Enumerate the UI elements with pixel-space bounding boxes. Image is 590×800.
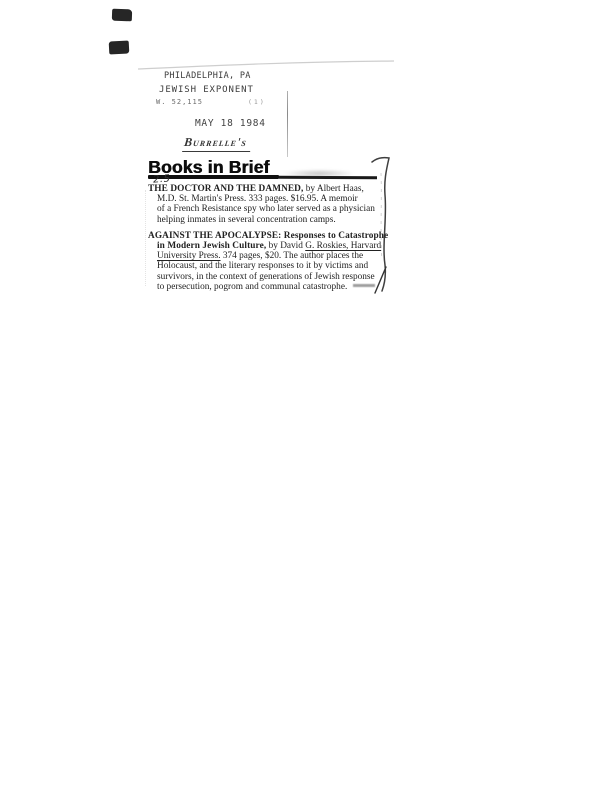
review-line: University Press. 374 pages, $20. The au… — [148, 251, 390, 261]
ink-smudge — [283, 169, 355, 178]
review-line: helping inmates in several concentration… — [148, 215, 390, 225]
book-title: THE DOCTOR AND THE DAMNED, — [148, 184, 303, 194]
review-against-the-apocalypse: AGAINST THE APOCALYPSE: Responses to Cat… — [148, 231, 390, 292]
registration-line — [287, 91, 288, 157]
underlined-author-publisher: G. Roskies, Harvard — [305, 241, 381, 251]
date-stamp: MAY 18 1984 — [195, 118, 266, 129]
masthead-issue-mark: (1) — [248, 98, 266, 106]
review-text: 374 pages, $20. The author places the — [221, 251, 364, 261]
review-line: M.D. St. Martin's Press. 333 pages. $16.… — [148, 194, 390, 204]
underlined-publisher: University Press. — [157, 251, 221, 261]
review-line: THE DOCTOR AND THE DAMNED, by Albert Haa… — [148, 184, 390, 194]
scanned-press-clipping-page: { "colors": { "ink": "#222222", "headlin… — [0, 0, 590, 800]
review-line: to persecution, pogrom and communal cata… — [148, 282, 390, 292]
clipping-top-edge — [136, 57, 396, 71]
masthead-publication: JEWISH EXPONENT — [159, 85, 254, 95]
review-text: by Albert Haas, — [303, 184, 363, 194]
ink-mark-bottom — [109, 40, 130, 54]
review-line: of a French Resistance spy who later ser… — [148, 204, 390, 214]
review-doctor-and-the-damned: THE DOCTOR AND THE DAMNED, by Albert Haa… — [148, 184, 390, 225]
review-line: survivors, in the context of generations… — [148, 272, 390, 282]
review-text: by David — [266, 241, 305, 251]
book-title-continued: in Modern Jewish Culture, — [157, 241, 266, 251]
ink-mark-top — [112, 9, 132, 22]
review-line: in Modern Jewish Culture, by David G. Ro… — [148, 241, 390, 251]
review-line: AGAINST THE APOCALYPSE: Responses to Cat… — [148, 231, 390, 241]
masthead-city: PHILADELPHIA, PA — [164, 71, 251, 81]
handwritten-note: 2.5 — [153, 173, 171, 185]
masthead-circulation: W. 52,115 — [156, 98, 203, 106]
review-line: Holocaust, and the literary responses to… — [148, 261, 390, 271]
clipping-left-edge — [145, 190, 146, 286]
trailing-ink-dash — [353, 284, 375, 287]
reviews-column: THE DOCTOR AND THE DAMNED, by Albert Haa… — [148, 184, 390, 298]
burrelles-logo: Burrelle's — [182, 135, 251, 152]
review-text: to persecution, pogrom and communal cata… — [157, 282, 347, 292]
book-title: AGAINST THE APOCALYPSE: Responses to Cat… — [148, 231, 388, 241]
